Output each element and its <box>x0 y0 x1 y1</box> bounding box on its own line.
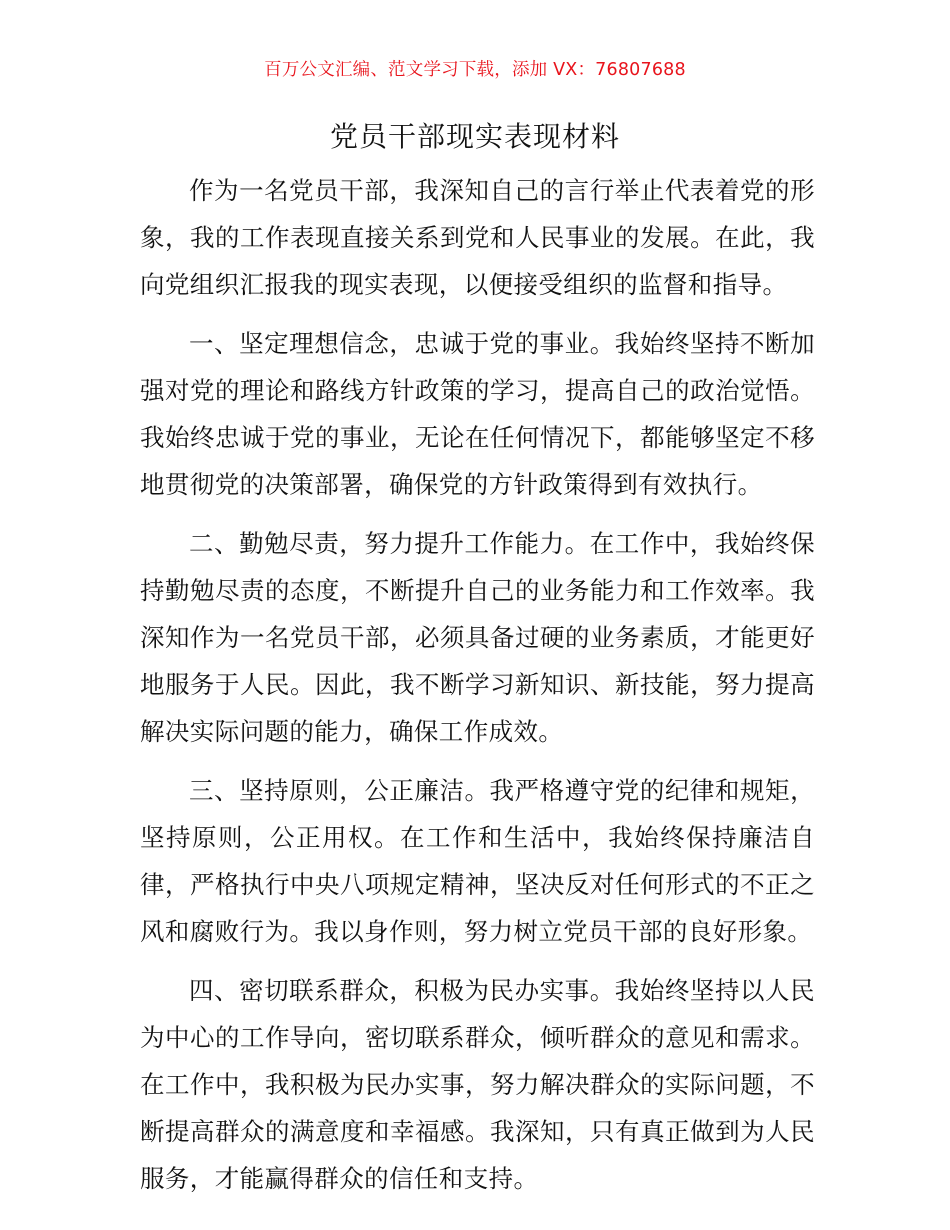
paragraph-section-3: 三、坚持原则，公正廉洁。我严格遵守党的纪律和规矩，坚持原则，公正用权。在工作和生… <box>140 767 815 955</box>
paragraph-section-1: 一、坚定理想信念，忠诚于党的事业。我始终坚持不断加强对党的理论和路线方针政策的学… <box>140 320 815 508</box>
document-body: 作为一名党员干部，我深知自己的言行举止代表着党的形象，我的工作表现直接关系到党和… <box>140 167 815 1214</box>
paragraph-section-4: 四、密切联系群众，积极为民办实事。我始终坚持以人民为中心的工作导向，密切联系群众… <box>140 967 815 1202</box>
watermark-header: 百万公文汇编、范文学习下载，添加 VX：76807688 <box>0 56 950 81</box>
paragraph-section-2: 二、勤勉尽责，努力提升工作能力。在工作中，我始终保持勤勉尽责的态度，不断提升自己… <box>140 520 815 755</box>
paragraph-intro: 作为一名党员干部，我深知自己的言行举止代表着党的形象，我的工作表现直接关系到党和… <box>140 167 815 308</box>
document-title: 党员干部现实表现材料 <box>0 115 950 155</box>
